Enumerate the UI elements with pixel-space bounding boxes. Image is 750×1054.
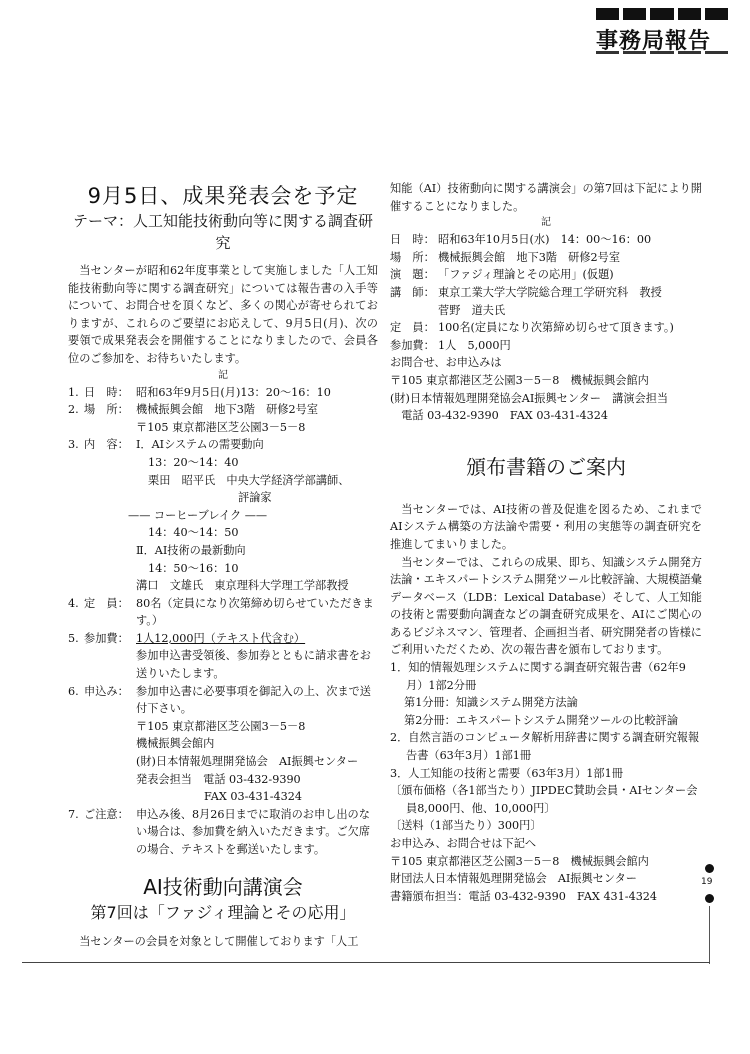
lecture-speaker: 講 師： 東京工業大学大学院総合理工学研究科 教授 [390,284,702,302]
session2-speaker: 溝口 文雄氏 東京理科大学理工学部教授 [68,577,378,595]
application-phone: 発表会担当 電話 03-432-9390 [68,771,378,789]
page-marker-dot-bottom [705,894,714,903]
coffee-break: —— コーヒーブレイク —— [68,507,378,525]
book-item-2: 2．自然言語のコンピュータ解析用辞書に関する調査研究報報告書（63年3月）1部1… [390,729,702,764]
session2-time: 14：50～16：10 [68,560,378,578]
session1-time: 13：20～14：40 [68,454,378,472]
right-column: 知能（AI）技術動向に関する講演会」の第7回は下記により開催することになりました… [390,180,702,905]
book-item-1-vol2: 第2分冊：エキスパートシステム開発ツールの比較評論 [390,712,702,730]
header-decoration-blocks [596,8,728,20]
item-datetime: 1. 日 時： 昭和63年9月5日(月)13：20～16：10 [68,384,378,402]
page-marker-line [709,906,710,964]
announcement1-subtitle: テーマ：人工知能技術動向等に関する調査研究 [68,210,378,254]
application-address: 〒105 東京都港区芝公園3－5－8 [68,718,378,736]
book-contact-heading: お申込み、お問合せは下記へ [390,835,702,853]
header-decoration-rule [596,51,728,54]
book-item-1: 1．知的情報処理システムに関する調査研究報告書（62年9月）1部2分冊 [390,659,702,694]
lecture-capacity: 定 員： 100名(定員になり次第締め切らせて頂きます。) [390,319,702,337]
application-org: (財)日本情報処理開発協会 AI振興センター [68,753,378,771]
item-venue: 2. 場 所： 機械振興会館 地下3階 研修2号室 [68,401,378,419]
book-contact-address: 〒105 東京都港区芝公園3－5－8 機械振興会館内 [390,853,702,871]
left-column: 9月5日、成果発表会を予定 テーマ：人工知能技術動向等に関する調査研究 当センタ… [68,182,378,950]
session2-title: Ⅱ．AI技術の最新動向 [68,542,378,560]
ki-marker-2: 記 [390,215,702,231]
lecture-venue: 場 所： 機械振興会館 地下3階 研修2号室 [390,249,702,267]
lecture-topic: 演 題： 「ファジィ理論とその応用」(仮題) [390,266,702,284]
book-shipping: 〔送料（1部当たり）300円〕 [390,817,702,835]
session1-speaker: 栗田 昭平氏 中央大学経済学部講師、 [68,472,378,490]
announcement1-intro: 当センターが昭和62年度事業として実施しました「人工知能技術動向等に関する調査研… [68,262,378,368]
item-capacity: 4. 定 員： 80名（定員になり次第締め切らせていただきます。） [68,595,378,630]
lecture-contact-org: (財)日本情報処理開発協会AI振興センター 講演会担当 [390,390,702,408]
announcement3-para2: 当センターでは、これらの成果、即ち、知識システム開発方法論・エキスパートシステム… [390,554,702,660]
lecture-contact-address: 〒105 東京都港区芝公園3－5－8 機械振興会館内 [390,372,702,390]
lecture-speaker-name: 菅野 道夫氏 [390,302,702,320]
lecture-contact-heading: お問合せ、お申込みは [390,354,702,372]
venue-address: 〒105 東京都港区芝公園3－5－8 [68,419,378,437]
lecture-fee: 参加費： 1人 5,000円 [390,337,702,355]
book-contact-phone: 書籍頒布担当：電話 03-432-9390 FAX 431-4324 [390,888,702,906]
book-price: 〔頒布価格（各1部当たり）JIPDEC賛助会員・AIセンター会員8,000円、他… [390,782,702,817]
item-application: 6. 申込み： 参加申込書に必要事項を御記入の上、次まで送付下さい。 [68,683,378,718]
lecture-contact-phone: 電話 03-432-9390 FAX 03-431-4324 [390,407,702,425]
page-number: 19 [701,877,712,887]
book-contact-org: 財団法人日本情報処理開発協会 AI振興センター [390,870,702,888]
page-marker-dot-top [705,864,714,873]
application-building: 機械振興会館内 [68,735,378,753]
announcement2-title: AI技術動向講演会 [68,873,378,901]
announcement2-intro-right: 知能（AI）技術動向に関する講演会」の第7回は下記により開催することになりました… [390,180,702,215]
book-item-1-vol1: 第1分冊：知識システム開発方法論 [390,694,702,712]
application-fax: FAX 03-431-4324 [68,788,378,806]
lecture-datetime: 日 時： 昭和63年10月5日(水) 14：00～16：00 [390,231,702,249]
announcement3-title: 頒布書籍のご案内 [390,453,702,481]
announcement1-title: 9月5日、成果発表会を予定 [68,182,378,210]
session1-speaker-role: 評論家 [68,489,378,507]
fee-note: 参加申込書受領後、参加券とともに請求書をお送りいたします。 [68,647,378,682]
book-item-3: 3．人工知能の技術と需要（63年3月）1部1冊 [390,765,702,783]
announcement3-para1: 当センターでは、AI技術の普及促進を図るため、これまでAIシステム構築の方法論や… [390,501,702,554]
bottom-rule [22,962,710,963]
ki-marker: 記 [68,368,378,384]
coffee-time: 14：40～14：50 [68,524,378,542]
item-content: 3. 内 容： Ⅰ．AIシステムの需要動向 [68,436,378,454]
item-notice: 7. ご注意： 申込み後、8月26日までに取消のお申し出のない場合は、参加費を納… [68,806,378,859]
announcement2-intro-left: 当センターの会員を対象として開催しております「人工 [68,933,378,951]
announcement2-subtitle: 第7回は「ファジィ理論とその応用」 [68,901,378,925]
item-fee: 5. 参加費： 1人12,000円（テキスト代含む） [68,630,378,648]
